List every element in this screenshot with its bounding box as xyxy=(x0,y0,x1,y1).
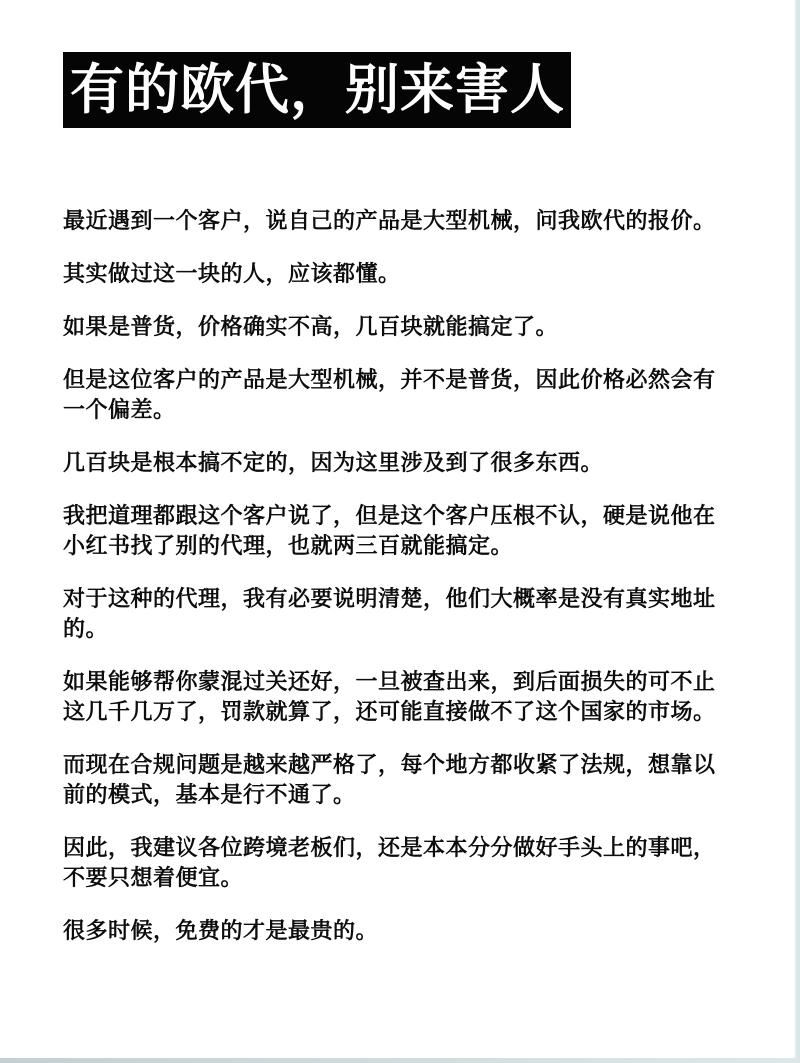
paragraph: 但是这位客户的产品是大型机械，并不是普货，因此价格必然会有 一个偏差。 xyxy=(63,365,745,425)
article-page: 有的欧代，别来害人 最近遇到一个客户，说自己的产品是大型机械，问我欧代的报价。 … xyxy=(0,0,800,1063)
paragraph: 而现在合规问题是越来越严格了，每个地方都收紧了法规，想靠以 前的模式，基本是行不… xyxy=(63,750,745,810)
paragraph: 如果是普货，价格确实不高，几百块就能搞定了。 xyxy=(63,312,745,342)
article-body: 最近遇到一个客户，说自己的产品是大型机械，问我欧代的报价。 其实做过这一块的人，… xyxy=(63,206,745,969)
paragraph: 最近遇到一个客户，说自己的产品是大型机械，问我欧代的报价。 xyxy=(63,206,745,236)
paragraph: 我把道理都跟这个客户说了，但是这个客户压根不认，硬是说他在 小红书找了别的代理，… xyxy=(63,501,745,561)
paragraph: 如果能够帮你蒙混过关还好，一旦被查出来，到后面损失的可不止 这几千几万了，罚款就… xyxy=(63,667,745,727)
paragraph: 其实做过这一块的人，应该都懂。 xyxy=(63,259,745,289)
paragraph: 因此，我建议各位跨境老板们，还是本本分分做好手头上的事吧， 不要只想着便宜。 xyxy=(63,833,745,893)
page-edge-bottom xyxy=(0,1058,800,1063)
paragraph: 几百块是根本搞不定的，因为这里涉及到了很多东西。 xyxy=(63,448,745,478)
title-banner: 有的欧代，别来害人 xyxy=(63,52,571,128)
page-edge-right xyxy=(794,0,800,1063)
paragraph: 对于这种的代理，我有必要说明清楚，他们大概率是没有真实地址 的。 xyxy=(63,584,745,644)
page-title: 有的欧代，别来害人 xyxy=(63,63,565,117)
paragraph: 很多时候，免费的才是最贵的。 xyxy=(63,916,745,946)
